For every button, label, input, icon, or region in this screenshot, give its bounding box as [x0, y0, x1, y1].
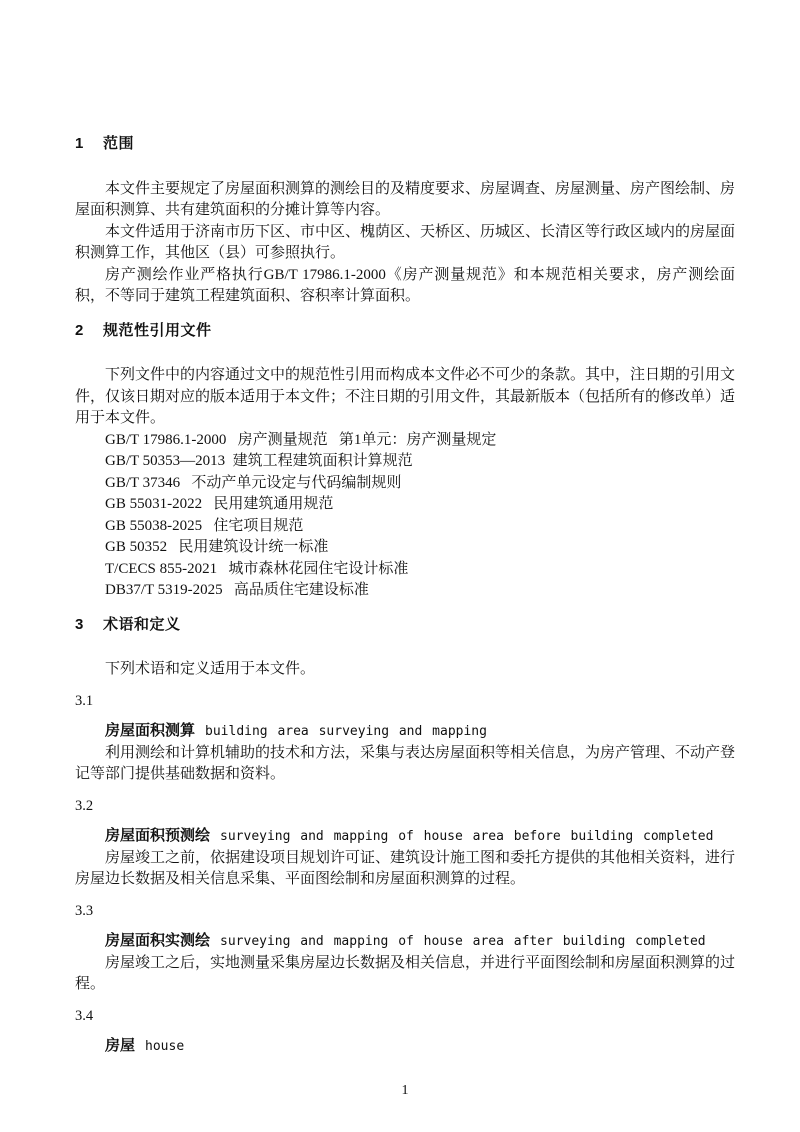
term-number-3-4: 3.4 — [75, 1006, 735, 1028]
reference-item: GB 55038-2025 住宅项目规范 — [75, 516, 735, 538]
section-3-heading: 3术语和定义 — [75, 614, 735, 636]
term-title-3-2: 房屋面积预测绘surveying and mapping of house ar… — [75, 825, 735, 848]
term-en-label: house — [145, 1039, 184, 1054]
term-number-3-2: 3.2 — [75, 796, 735, 818]
section-2-title: 规范性引用文件 — [103, 322, 212, 339]
term-en-label: surveying and mapping of house area afte… — [220, 934, 706, 949]
page-number: 1 — [75, 1080, 735, 1102]
section-terms-definitions: 3术语和定义 下列术语和定义适用于本文件。 3.1 房屋面积测算building… — [75, 614, 735, 1058]
section-3-title: 术语和定义 — [103, 616, 181, 633]
reference-item: GB 50352 民用建筑设计统一标准 — [75, 537, 735, 559]
section-normative-references: 2规范性引用文件 下列文件中的内容通过文中的规范性引用而构成本文件必不可少的条款… — [75, 320, 735, 602]
document-page: 1范围 本文件主要规定了房屋面积测算的测绘目的及精度要求、房屋调查、房屋测量、房… — [0, 0, 800, 1132]
section-1-title: 范围 — [103, 135, 134, 152]
terms-intro: 下列术语和定义适用于本文件。 — [75, 659, 735, 681]
scope-paragraph-3: 房产测绘作业严格执行GB/T 17986.1-2000《房产测量规范》和本规范相… — [75, 265, 735, 308]
term-definition-3-2: 房屋竣工之前，依据建设项目规划许可证、建筑设计施工图和委托方提供的其他相关资料，… — [75, 848, 735, 891]
term-definition-3-3: 房屋竣工之后，实地测量采集房屋边长数据及相关信息，并进行平面图绘制和房屋面积测算… — [75, 953, 735, 996]
section-3-number: 3 — [75, 614, 103, 636]
reference-item: GB/T 17986.1-2000 房产测量规范 第1单元：房产测量规定 — [75, 430, 735, 452]
section-2-number: 2 — [75, 320, 103, 342]
section-2-heading: 2规范性引用文件 — [75, 320, 735, 342]
section-scope: 1范围 本文件主要规定了房屋面积测算的测绘目的及精度要求、房屋调查、房屋测量、房… — [75, 133, 735, 308]
section-1-heading: 1范围 — [75, 133, 735, 155]
term-zh-label: 房屋面积测算 — [105, 722, 195, 739]
term-title-3-1: 房屋面积测算building area surveying and mappin… — [75, 720, 735, 743]
term-title-3-4: 房屋house — [75, 1035, 735, 1058]
reference-item: GB/T 37346 不动产单元设定与代码编制规则 — [75, 473, 735, 495]
term-zh-label: 房屋 — [105, 1037, 135, 1054]
term-number-3-3: 3.3 — [75, 901, 735, 923]
term-number-3-1: 3.1 — [75, 691, 735, 713]
reference-item: GB 55031-2022 民用建筑通用规范 — [75, 494, 735, 516]
term-en-label: building area surveying and mapping — [205, 724, 487, 739]
term-zh-label: 房屋面积实测绘 — [105, 932, 210, 949]
scope-paragraph-2: 本文件适用于济南市历下区、市中区、槐荫区、天桥区、历城区、长清区等行政区域内的房… — [75, 222, 735, 265]
reference-item: DB37/T 5319-2025 高品质住宅建设标准 — [75, 580, 735, 602]
reference-item: GB/T 50353—2013 建筑工程建筑面积计算规范 — [75, 451, 735, 473]
section-1-number: 1 — [75, 133, 103, 155]
term-en-label: surveying and mapping of house area befo… — [220, 829, 713, 844]
term-zh-label: 房屋面积预测绘 — [105, 827, 210, 844]
references-intro: 下列文件中的内容通过文中的规范性引用而构成本文件必不可少的条款。其中，注日期的引… — [75, 365, 735, 430]
term-title-3-3: 房屋面积实测绘surveying and mapping of house ar… — [75, 930, 735, 953]
reference-item: T/CECS 855-2021 城市森林花园住宅设计标准 — [75, 559, 735, 581]
term-definition-3-1: 利用测绘和计算机辅助的技术和方法，采集与表达房屋面积等相关信息，为房产管理、不动… — [75, 743, 735, 786]
scope-paragraph-1: 本文件主要规定了房屋面积测算的测绘目的及精度要求、房屋调查、房屋测量、房产图绘制… — [75, 179, 735, 222]
